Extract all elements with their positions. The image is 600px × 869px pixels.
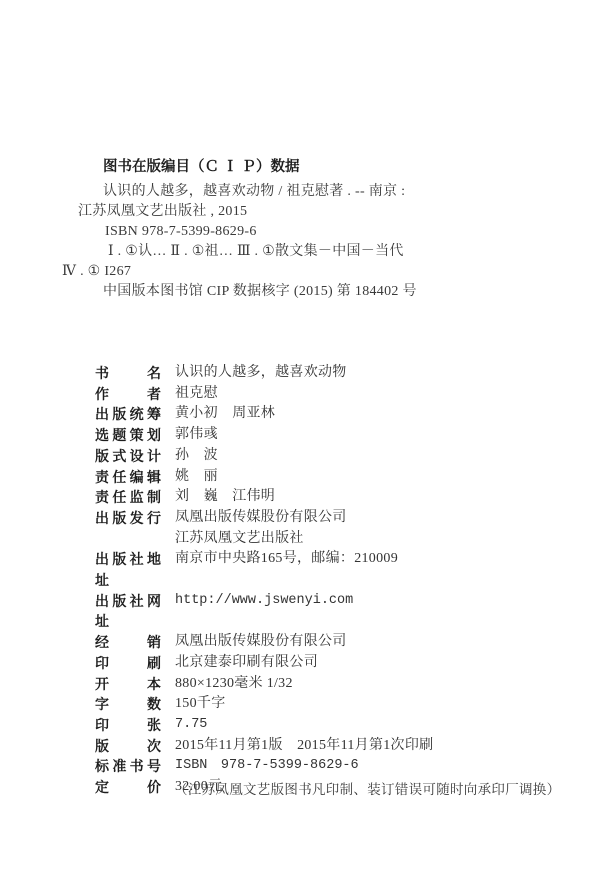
colophon-row-label: 印刷 — [95, 653, 161, 674]
colophon-row-label: 作者 — [95, 384, 161, 405]
colophon-row-label: 标准书号 — [95, 756, 161, 777]
colophon-row-label: 印张 — [95, 715, 161, 736]
colophon-row: 字数 150千字 — [95, 694, 545, 715]
colophon-row: 标准书号 ISBN 978-7-5399-8629-6 — [95, 756, 545, 777]
colophon-row: 出版发行 凤凰出版传媒股份有限公司 江苏凤凰文艺出版社 — [95, 508, 545, 549]
cip-heading: 图书在版编目（Ｃ Ｉ Ｐ）数据 — [62, 158, 544, 176]
cip-block: 图书在版编目（Ｃ Ｉ Ｐ）数据 认识的人越多，越喜欢动物 / 祖克慰著 . --… — [62, 158, 544, 302]
colophon-table: 书名 认识的人越多，越喜欢动物 作者 祖克慰 出版统筹 黄小初 周亚林 选题策划… — [95, 363, 545, 798]
colophon-row-value: http://www.jswenyi.com — [175, 591, 353, 612]
colophon-row-label: 版式设计 — [95, 446, 161, 467]
colophon-row: 经销 凤凰出版传媒股份有限公司 — [95, 632, 545, 653]
reprint-notice: （江苏凤凰文艺版图书凡印制、装订错误可随时向承印厂调换） — [174, 778, 560, 798]
cip-isbn: ISBN 978-7-5399-8629-6 — [62, 222, 544, 242]
cip-classification-line-2: Ⅳ . ① I267 — [62, 262, 544, 282]
colophon-row: 印刷 北京建泰印刷有限公司 — [95, 653, 545, 674]
colophon-row-value: 刘 巍 江伟明 — [175, 487, 275, 508]
colophon-row-label: 责任监制 — [95, 487, 161, 508]
colophon-row-value: 凤凰出版传媒股份有限公司 江苏凤凰文艺出版社 — [175, 508, 347, 549]
colophon-row-label: 选题策划 — [95, 425, 161, 446]
colophon-row-value: 150千字 — [175, 694, 226, 715]
colophon-row-value: ISBN 978-7-5399-8629-6 — [175, 756, 359, 777]
colophon-row-value: 认识的人越多，越喜欢动物 — [175, 363, 347, 384]
colophon-row: 版次 2015年11月第1版 2015年11月第1次印刷 — [95, 736, 545, 757]
colophon-row-value: 姚 丽 — [175, 467, 218, 488]
colophon-row: 责任编辑 姚 丽 — [95, 467, 545, 488]
colophon-row: 开本 880×1230毫米 1/32 — [95, 674, 545, 695]
colophon-row-label: 出版发行 — [95, 508, 161, 529]
colophon-row-label: 书名 — [95, 363, 161, 384]
colophon-row-label: 责任编辑 — [95, 467, 161, 488]
colophon-row-value: 北京建泰印刷有限公司 — [175, 653, 318, 674]
colophon-row-value: 黄小初 周亚林 — [175, 404, 275, 425]
colophon-row-value: 880×1230毫米 1/32 — [175, 674, 293, 695]
colophon-row-value: 凤凰出版传媒股份有限公司 — [175, 632, 347, 653]
colophon-row-label: 定价 — [95, 777, 161, 798]
colophon-row-label: 出版社地址 — [95, 549, 161, 590]
cip-title-line-2: 江苏凤凰文艺出版社 , 2015 — [62, 202, 544, 222]
colophon-row-value: 南京市中央路165号，邮编：210009 — [175, 549, 398, 570]
colophon-row-label: 开本 — [95, 674, 161, 695]
colophon-row: 责任监制 刘 巍 江伟明 — [95, 487, 545, 508]
colophon-page: 图书在版编目（Ｃ Ｉ Ｐ）数据 认识的人越多，越喜欢动物 / 祖克慰著 . --… — [0, 0, 600, 869]
colophon-row: 选题策划 郭伟彧 — [95, 425, 545, 446]
colophon-row: 印张 7.75 — [95, 715, 545, 736]
colophon-row-label: 经销 — [95, 632, 161, 653]
colophon-row-label: 版次 — [95, 736, 161, 757]
colophon-row: 作者 祖克慰 — [95, 384, 545, 405]
colophon-row: 出版统筹 黄小初 周亚林 — [95, 404, 545, 425]
colophon-row: 书名 认识的人越多，越喜欢动物 — [95, 363, 545, 384]
colophon-row-value: 7.75 — [175, 715, 207, 736]
cip-classification-line-1: Ⅰ . ①认… Ⅱ . ①祖… Ⅲ . ①散文集－中国－当代 — [62, 242, 544, 262]
colophon-row-value: 郭伟彧 — [175, 425, 218, 446]
colophon-row-value: 祖克慰 — [175, 384, 218, 405]
colophon-row: 出版社地址 南京市中央路165号，邮编：210009 — [95, 549, 545, 590]
colophon-row-label: 出版社网址 — [95, 591, 161, 632]
cip-title-line-1: 认识的人越多，越喜欢动物 / 祖克慰著 . -- 南京 : — [62, 182, 544, 202]
cip-record-number: 中国版本图书馆 CIP 数据核字 (2015) 第 184402 号 — [62, 282, 544, 302]
colophon-row-label: 出版统筹 — [95, 404, 161, 425]
colophon-row-label: 字数 — [95, 694, 161, 715]
colophon-row: 版式设计 孙 波 — [95, 446, 545, 467]
colophon-row: 出版社网址 http://www.jswenyi.com — [95, 591, 545, 632]
colophon-row-value: 2015年11月第1版 2015年11月第1次印刷 — [175, 736, 433, 757]
colophon-row-value: 孙 波 — [175, 446, 218, 467]
